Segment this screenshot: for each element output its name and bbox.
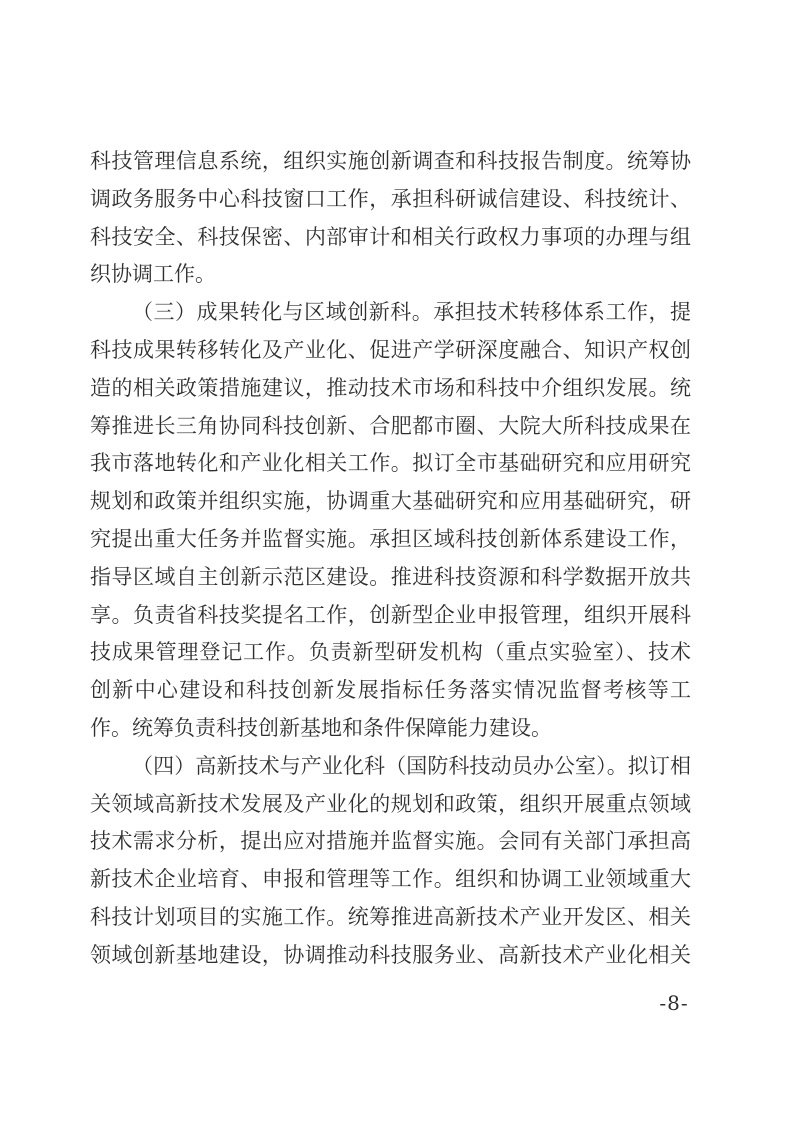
text-line: 科技管理信息系统，组织实施创新调查和科技报告制度。统筹协 xyxy=(90,143,691,181)
text-line: 究提出重大任务并监督实施。承担区域科技创新体系建设工作， xyxy=(90,521,691,559)
text-line: 关领域高新技术发展及产业化的规划和政策，组织开展重点领域 xyxy=(90,786,691,824)
text-line: 领域创新基地建设，协调推动科技服务业、高新技术产业化相关 xyxy=(90,937,691,975)
text-line: 调政务服务中心科技窗口工作，承担科研诚信建设、科技统计、 xyxy=(90,181,691,219)
text-line: 织协调工作。 xyxy=(90,256,691,294)
text-line: 技成果管理登记工作。负责新型研发机构（重点实验室）、技术 xyxy=(90,634,691,672)
paragraph: 科技管理信息系统，组织实施创新调查和科技报告制度。统筹协调政务服务中心科技窗口工… xyxy=(90,143,691,294)
paragraph: （三）成果转化与区域创新科。承担技术转移体系工作，提出科技成果转移转化及产业化、… xyxy=(90,294,691,748)
text-line: （三）成果转化与区域创新科。承担技术转移体系工作，提出 xyxy=(90,294,691,332)
text-line: 指导区域自主创新示范区建设。推进科技资源和科学数据开放共 xyxy=(90,559,691,597)
text-line: 造的相关政策措施建议，推动技术市场和科技中介组织发展。统 xyxy=(90,370,691,408)
document-page: 科技管理信息系统，组织实施创新调查和科技报告制度。统筹协调政务服务中心科技窗口工… xyxy=(0,0,793,1122)
text-line: 筹推进长三角协同科技创新、合肥都市圈、大院大所科技成果在 xyxy=(90,408,691,446)
text-line: 科技安全、科技保密、内部审计和相关行政权力事项的办理与组 xyxy=(90,219,691,257)
page-number: -8- xyxy=(644,992,704,1014)
text-line: 作。统筹负责科技创新基地和条件保障能力建设。 xyxy=(90,710,691,748)
text-line: 规划和政策并组织实施，协调重大基础研究和应用基础研究，研 xyxy=(90,483,691,521)
text-line: 享。负责省科技奖提名工作，创新型企业申报管理，组织开展科 xyxy=(90,597,691,635)
text-line: 科技计划项目的实施工作。统筹推进高新技术产业开发区、相关 xyxy=(90,899,691,937)
text-line: 我市落地转化和产业化相关工作。拟订全市基础研究和应用研究 xyxy=(90,445,691,483)
document-body: 科技管理信息系统，组织实施创新调查和科技报告制度。统筹协调政务服务中心科技窗口工… xyxy=(90,143,691,975)
text-line: 创新中心建设和科技创新发展指标任务落实情况监督考核等工 xyxy=(90,672,691,710)
text-line: 新技术企业培育、申报和管理等工作。组织和协调工业领域重大 xyxy=(90,861,691,899)
paragraph: （四）高新技术与产业化科（国防科技动员办公室）。拟订相关领域高新技术发展及产业化… xyxy=(90,748,691,975)
text-line: 技术需求分析，提出应对措施并监督实施。会同有关部门承担高 xyxy=(90,823,691,861)
text-line: （四）高新技术与产业化科（国防科技动员办公室）。拟订相 xyxy=(90,748,691,786)
text-line: 科技成果转移转化及产业化、促进产学研深度融合、知识产权创 xyxy=(90,332,691,370)
